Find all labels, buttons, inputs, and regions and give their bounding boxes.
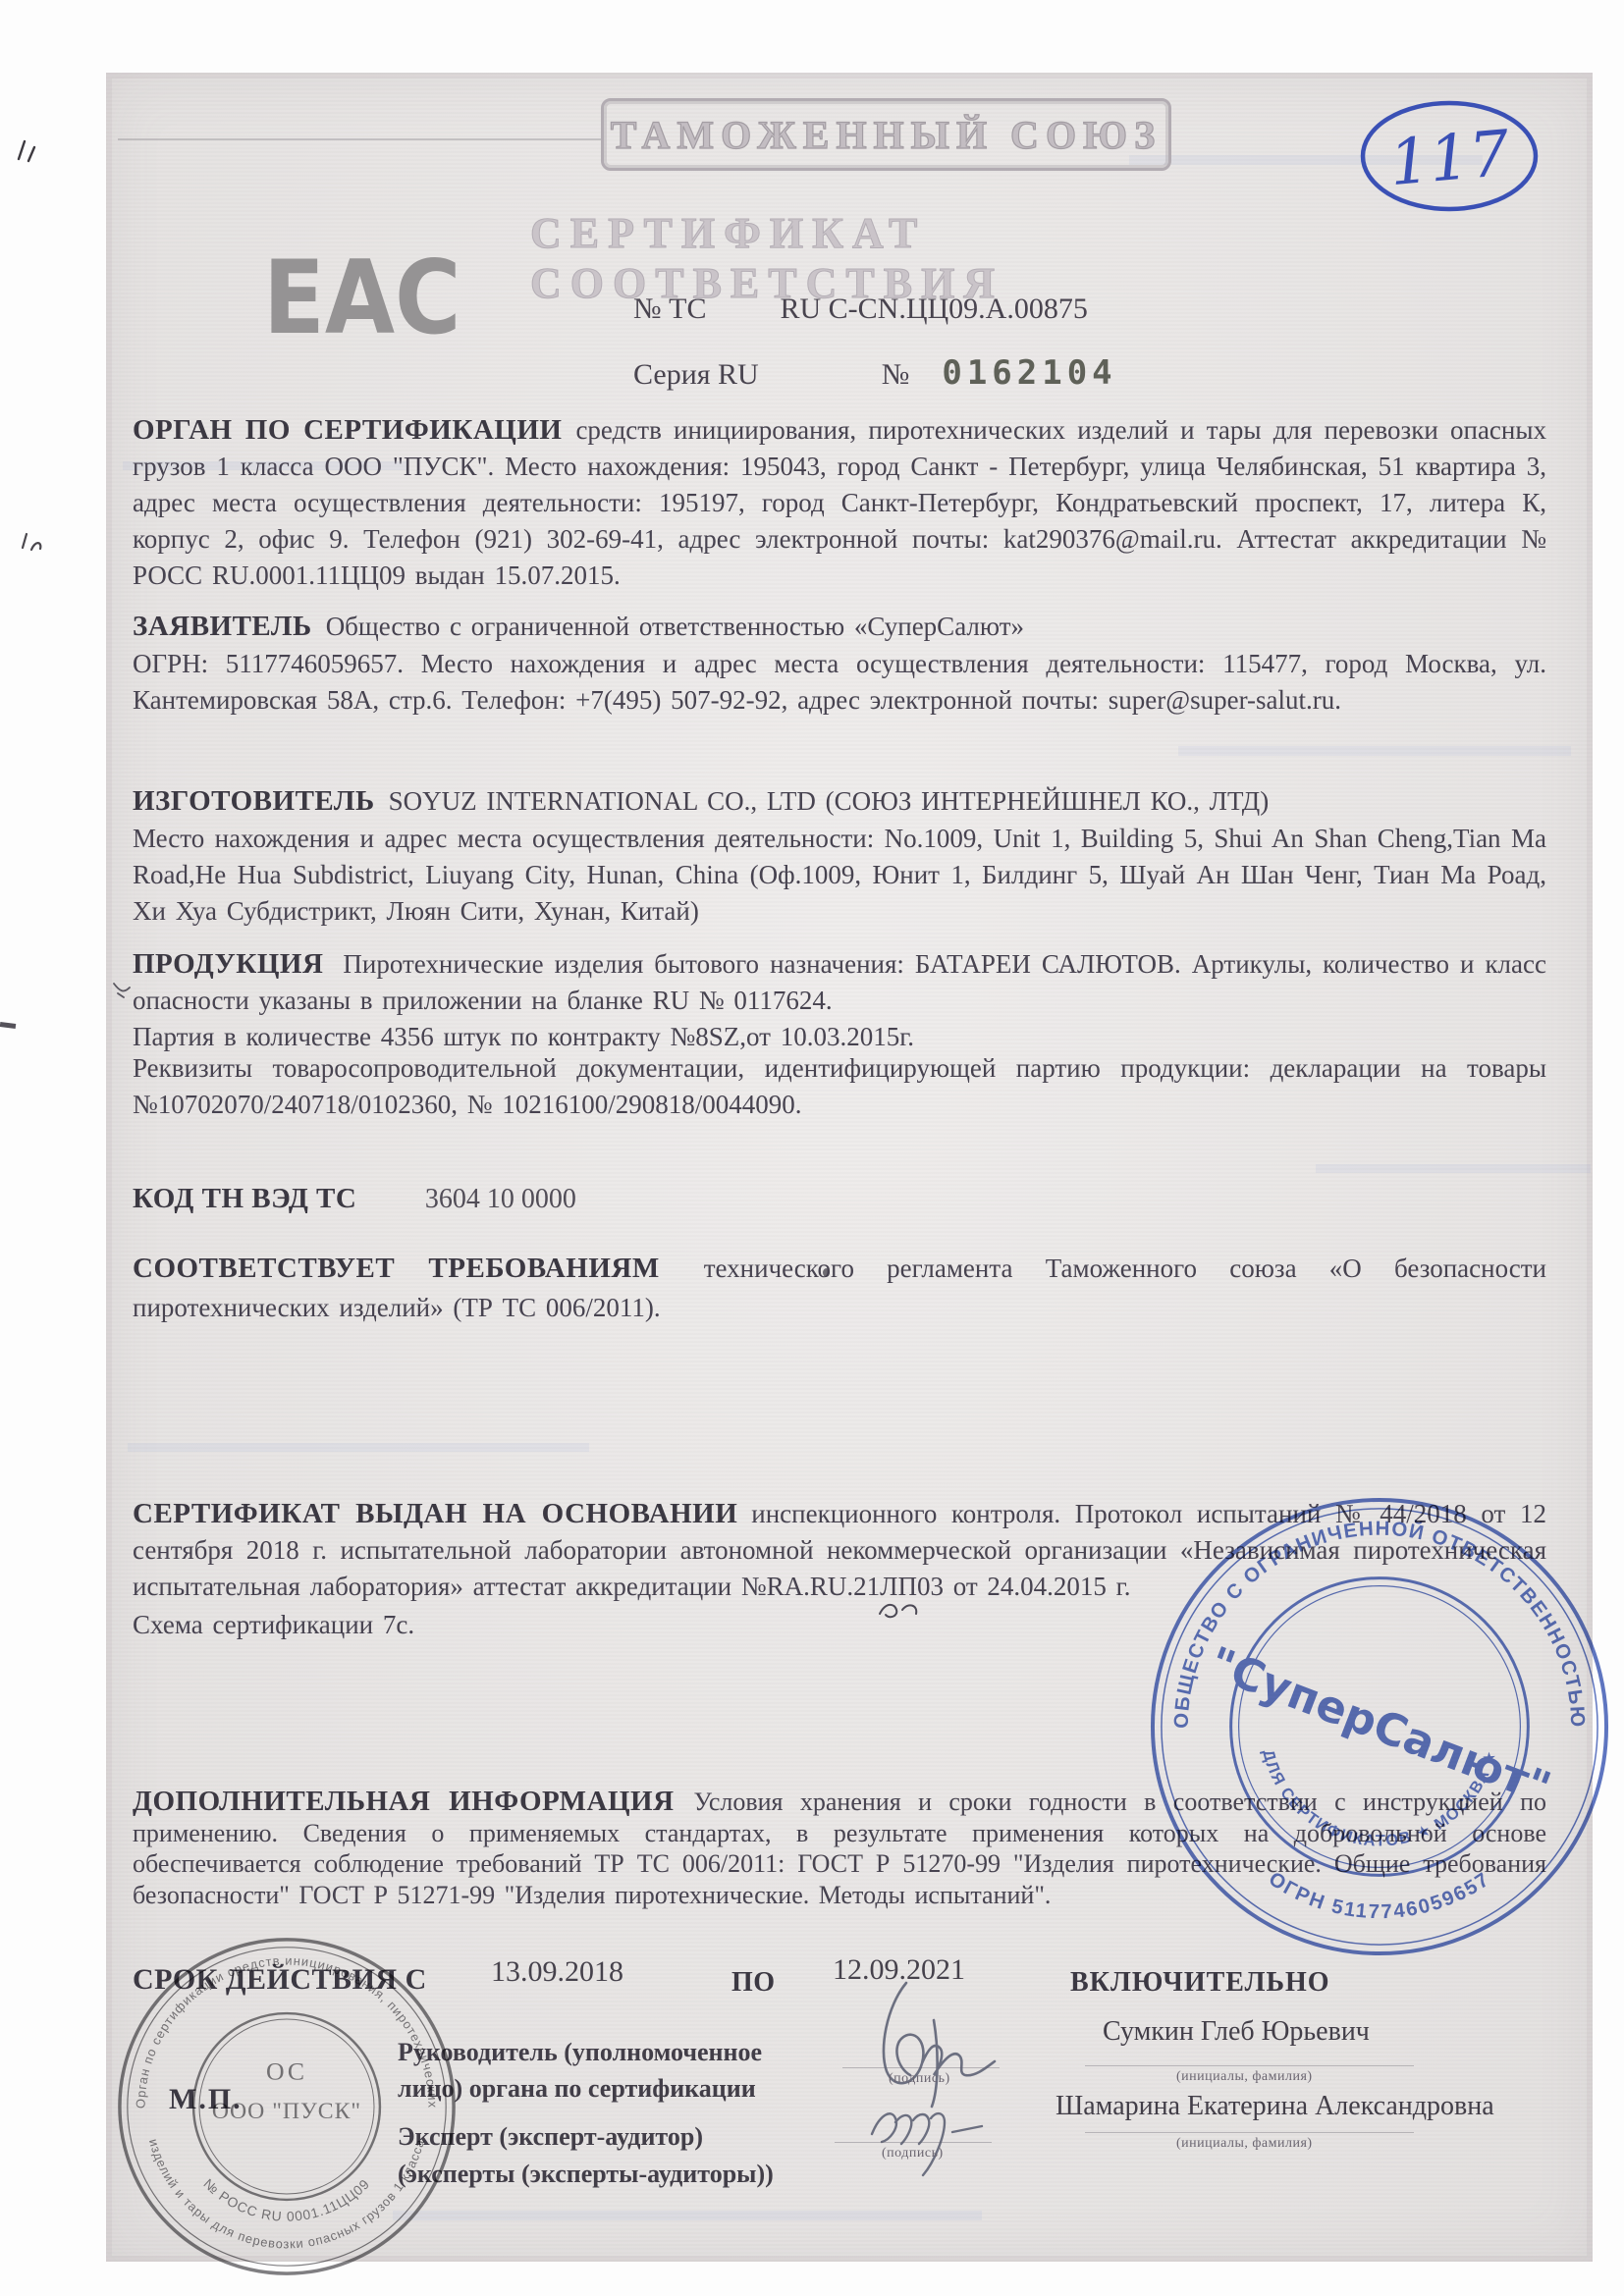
validity-date-from: 13.09.2018 — [491, 1955, 623, 1989]
product-docs-text: Реквизиты товаросопроводительной докумен… — [133, 1050, 1546, 1123]
compliance-label: СООТВЕТСТВУЕТ ТРЕБОВАНИЯМ — [133, 1253, 660, 1284]
applicant-section: ЗАЯВИТЕЛЬОбщество с ограниченной ответст… — [133, 609, 1546, 645]
customs-union-title: ТАМОЖЕННЫЙ СОЮЗ — [611, 112, 1162, 158]
applicant-name: Общество с ограниченной ответственностью… — [326, 612, 1024, 641]
series-label: Серия RU — [633, 358, 759, 391]
product-text: Пиротехнические изделия бытового назначе… — [133, 949, 1546, 1015]
banner-rule — [118, 138, 604, 140]
scan-artifact — [14, 135, 39, 165]
scan-artifact — [18, 528, 47, 558]
name-caption: (инициалы, фамилия) — [1176, 2069, 1313, 2085]
series-number-value: 0162104 — [942, 353, 1116, 393]
applicant-details: ОГРН: 5117746059657. Место нахождения и … — [133, 646, 1546, 719]
scan-artifact — [0, 1022, 16, 1029]
manufacturer-details: Место нахождения и адрес места осуществл… — [133, 821, 1546, 930]
head-role: Руководитель (уполномоченное лицо) орган… — [398, 2034, 830, 2107]
validity-to-label: ПО — [731, 1967, 776, 1999]
scan-streak — [128, 1443, 589, 1452]
product-section: ПРОДУКЦИЯПиротехнические изделия бытовог… — [133, 946, 1546, 1019]
compliance-section: СООТВЕТСТВУЕТ ТРЕБОВАНИЯМтехнического ре… — [133, 1249, 1546, 1327]
certificate-number-label: № ТС — [633, 293, 706, 325]
series-number-sign: № — [882, 358, 910, 391]
scan-artifact — [110, 978, 134, 1001]
basis-label: СЕРТИФИКАТ ВЫДАН НА ОСНОВАНИИ — [133, 1498, 737, 1529]
expert-name: Шамарина Екатерина Александровна — [1056, 2091, 1494, 2122]
expert-role-line2: (эксперты (эксперты-аудиторы)) — [398, 2156, 849, 2193]
name-line — [1085, 2065, 1414, 2066]
certificate-number-row: № ТС RU C-CN.ЦЦ09.А.00875 — [633, 293, 1088, 326]
signature-caption: (подпись) — [882, 2146, 944, 2162]
certification-body-stamp: Орган по сертификации средств инициирова… — [112, 1932, 461, 2281]
applicant-label: ЗАЯВИТЕЛЬ — [133, 611, 312, 642]
series-row: Серия RU № 0162104 — [633, 353, 1117, 393]
tnved-code-row: КОД ТН ВЭД ТС 3604 10 0000 — [133, 1183, 576, 1215]
svg-text:Орган по сертификации средств: Орган по сертификации средств инициирова… — [134, 1953, 441, 2109]
tnved-code-value: 3604 10 0000 — [425, 1184, 576, 1214]
expert-role: Эксперт (эксперт-аудитор) (эксперты (экс… — [398, 2118, 849, 2193]
scan-streak — [393, 2211, 982, 2220]
product-label: ПРОДУКЦИЯ — [133, 948, 323, 980]
certificate-number-value: RU C-CN.ЦЦ09.А.00875 — [780, 293, 1087, 325]
head-role-line2: лицо) органа по сертификации — [398, 2070, 830, 2107]
manufacturer-section: ИЗГОТОВИТЕЛЬSOYUZ INTERNATIONAL CO., LTD… — [133, 783, 1546, 820]
eac-mark: ЕАС — [263, 240, 461, 357]
manufacturer-label: ИЗГОТОВИТЕЛЬ — [133, 785, 375, 817]
certbody-stamp-center-os: ОС — [266, 2056, 307, 2085]
head-name: Сумкин Глеб Юрьевич — [1103, 2016, 1370, 2048]
manufacturer-name: SOYUZ INTERNATIONAL CO., LTD (СОЮЗ ИНТЕР… — [389, 786, 1270, 816]
validity-inclusive-label: ВКЛЮЧИТЕЛЬНО — [1070, 1967, 1330, 1999]
scan-streak — [1178, 746, 1571, 756]
handwritten-page-number: 117 — [1386, 118, 1512, 200]
certbody-stamp-center-org: ООО "ПУСК" — [212, 2099, 361, 2124]
certificate-page: ТАМОЖЕННЫЙ СОЮЗ 117 СЕРТИФИКАТ СООТВЕТСТ… — [0, 0, 1624, 2296]
name-caption: (инициалы, фамилия) — [1176, 2136, 1313, 2152]
customs-union-banner: ТАМОЖЕННЫЙ СОЮЗ — [601, 98, 1171, 171]
signature-line — [842, 2067, 1000, 2068]
signature-caption: (подпись) — [889, 2071, 950, 2087]
supplier-stamp: ОБЩЕСТВО С ОГРАНИЧЕННОЙ ОТВЕТСТВЕННОСТЬЮ… — [1145, 1492, 1614, 1961]
scan-streak — [1316, 1164, 1591, 1173]
certification-body-label: ОРГАН ПО СЕРТИФИКАЦИИ — [133, 414, 562, 446]
additional-info-label: ДОПОЛНИТЕЛЬНАЯ ИНФОРМАЦИЯ — [133, 1786, 675, 1817]
name-line — [1085, 2132, 1414, 2133]
signature-line — [835, 2142, 992, 2143]
handwritten-page-number-circle: 117 — [1355, 93, 1551, 221]
head-role-line1: Руководитель (уполномоченное — [398, 2034, 830, 2070]
tnved-code-label: КОД ТН ВЭД ТС — [133, 1183, 356, 1214]
certbody-stamp-ring-top: Орган по сертификации средств инициирова… — [134, 1953, 441, 2109]
expert-role-line1: Эксперт (эксперт-аудитор) — [398, 2118, 849, 2156]
certification-body-section: ОРГАН ПО СЕРТИФИКАЦИИсредств инициирован… — [133, 412, 1546, 594]
